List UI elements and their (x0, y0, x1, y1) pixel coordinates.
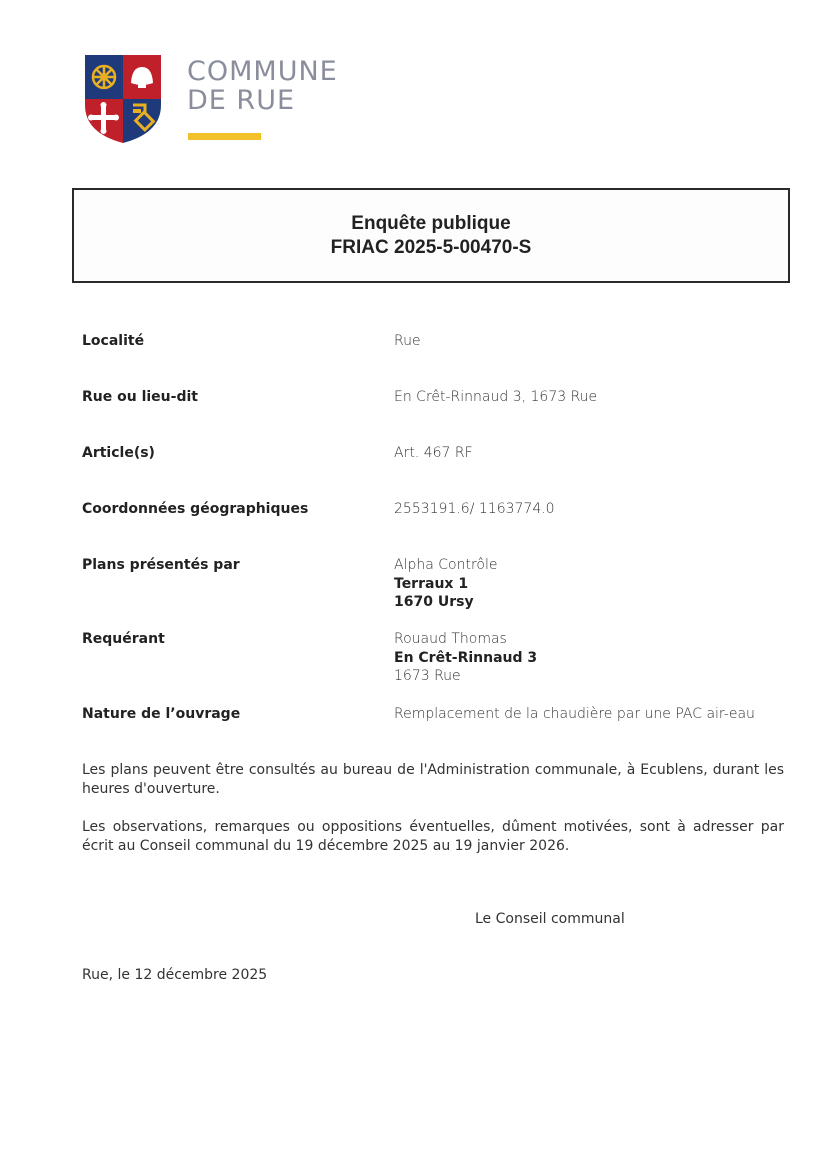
field-value: Alpha Contrôle Terraux 1 1670 Ursy (394, 556, 784, 612)
field-label: Requérant (82, 630, 165, 649)
brand-accent-bar (188, 133, 261, 140)
title-box: Enquête publique FRIAC 2025-5-00470-S (72, 188, 790, 283)
place-date: Rue, le 12 décembre 2025 (82, 967, 267, 983)
brand-line-2: DE RUE (187, 86, 338, 115)
signature: Le Conseil communal (475, 911, 625, 927)
field-label: Plans présentés par (82, 556, 240, 575)
document-title: Enquête publique (74, 212, 788, 236)
consultation-paragraph: Les plans peuvent être consultés au bure… (82, 761, 784, 798)
field-value: Remplacement de la chaudière par une PAC… (394, 705, 764, 724)
document-reference: FRIAC 2025-5-00470-S (74, 236, 788, 260)
field-value: Rue (394, 332, 784, 351)
wheel-icon (93, 66, 115, 88)
commune-crest-logo (83, 53, 163, 145)
field-label: Nature de l’ouvrage (82, 705, 240, 724)
field-label: Article(s) (82, 444, 155, 463)
field-label: Rue ou lieu-dit (82, 388, 198, 407)
field-value: Art. 467 RF (394, 444, 784, 463)
brand-line-1: COMMUNE (187, 57, 338, 86)
field-value: 2553191.6/ 1163774.0 (394, 500, 784, 519)
field-label: Localité (82, 332, 144, 351)
field-label: Coordonnées géographiques (82, 500, 308, 519)
brand-name: COMMUNE DE RUE (187, 57, 338, 115)
observations-paragraph: Les observations, remarques ou oppositio… (82, 818, 784, 855)
field-value: En Crêt-Rinnaud 3, 1673 Rue (394, 388, 784, 407)
field-value: Rouaud Thomas En Crêt-Rinnaud 3 1673 Rue (394, 630, 784, 686)
